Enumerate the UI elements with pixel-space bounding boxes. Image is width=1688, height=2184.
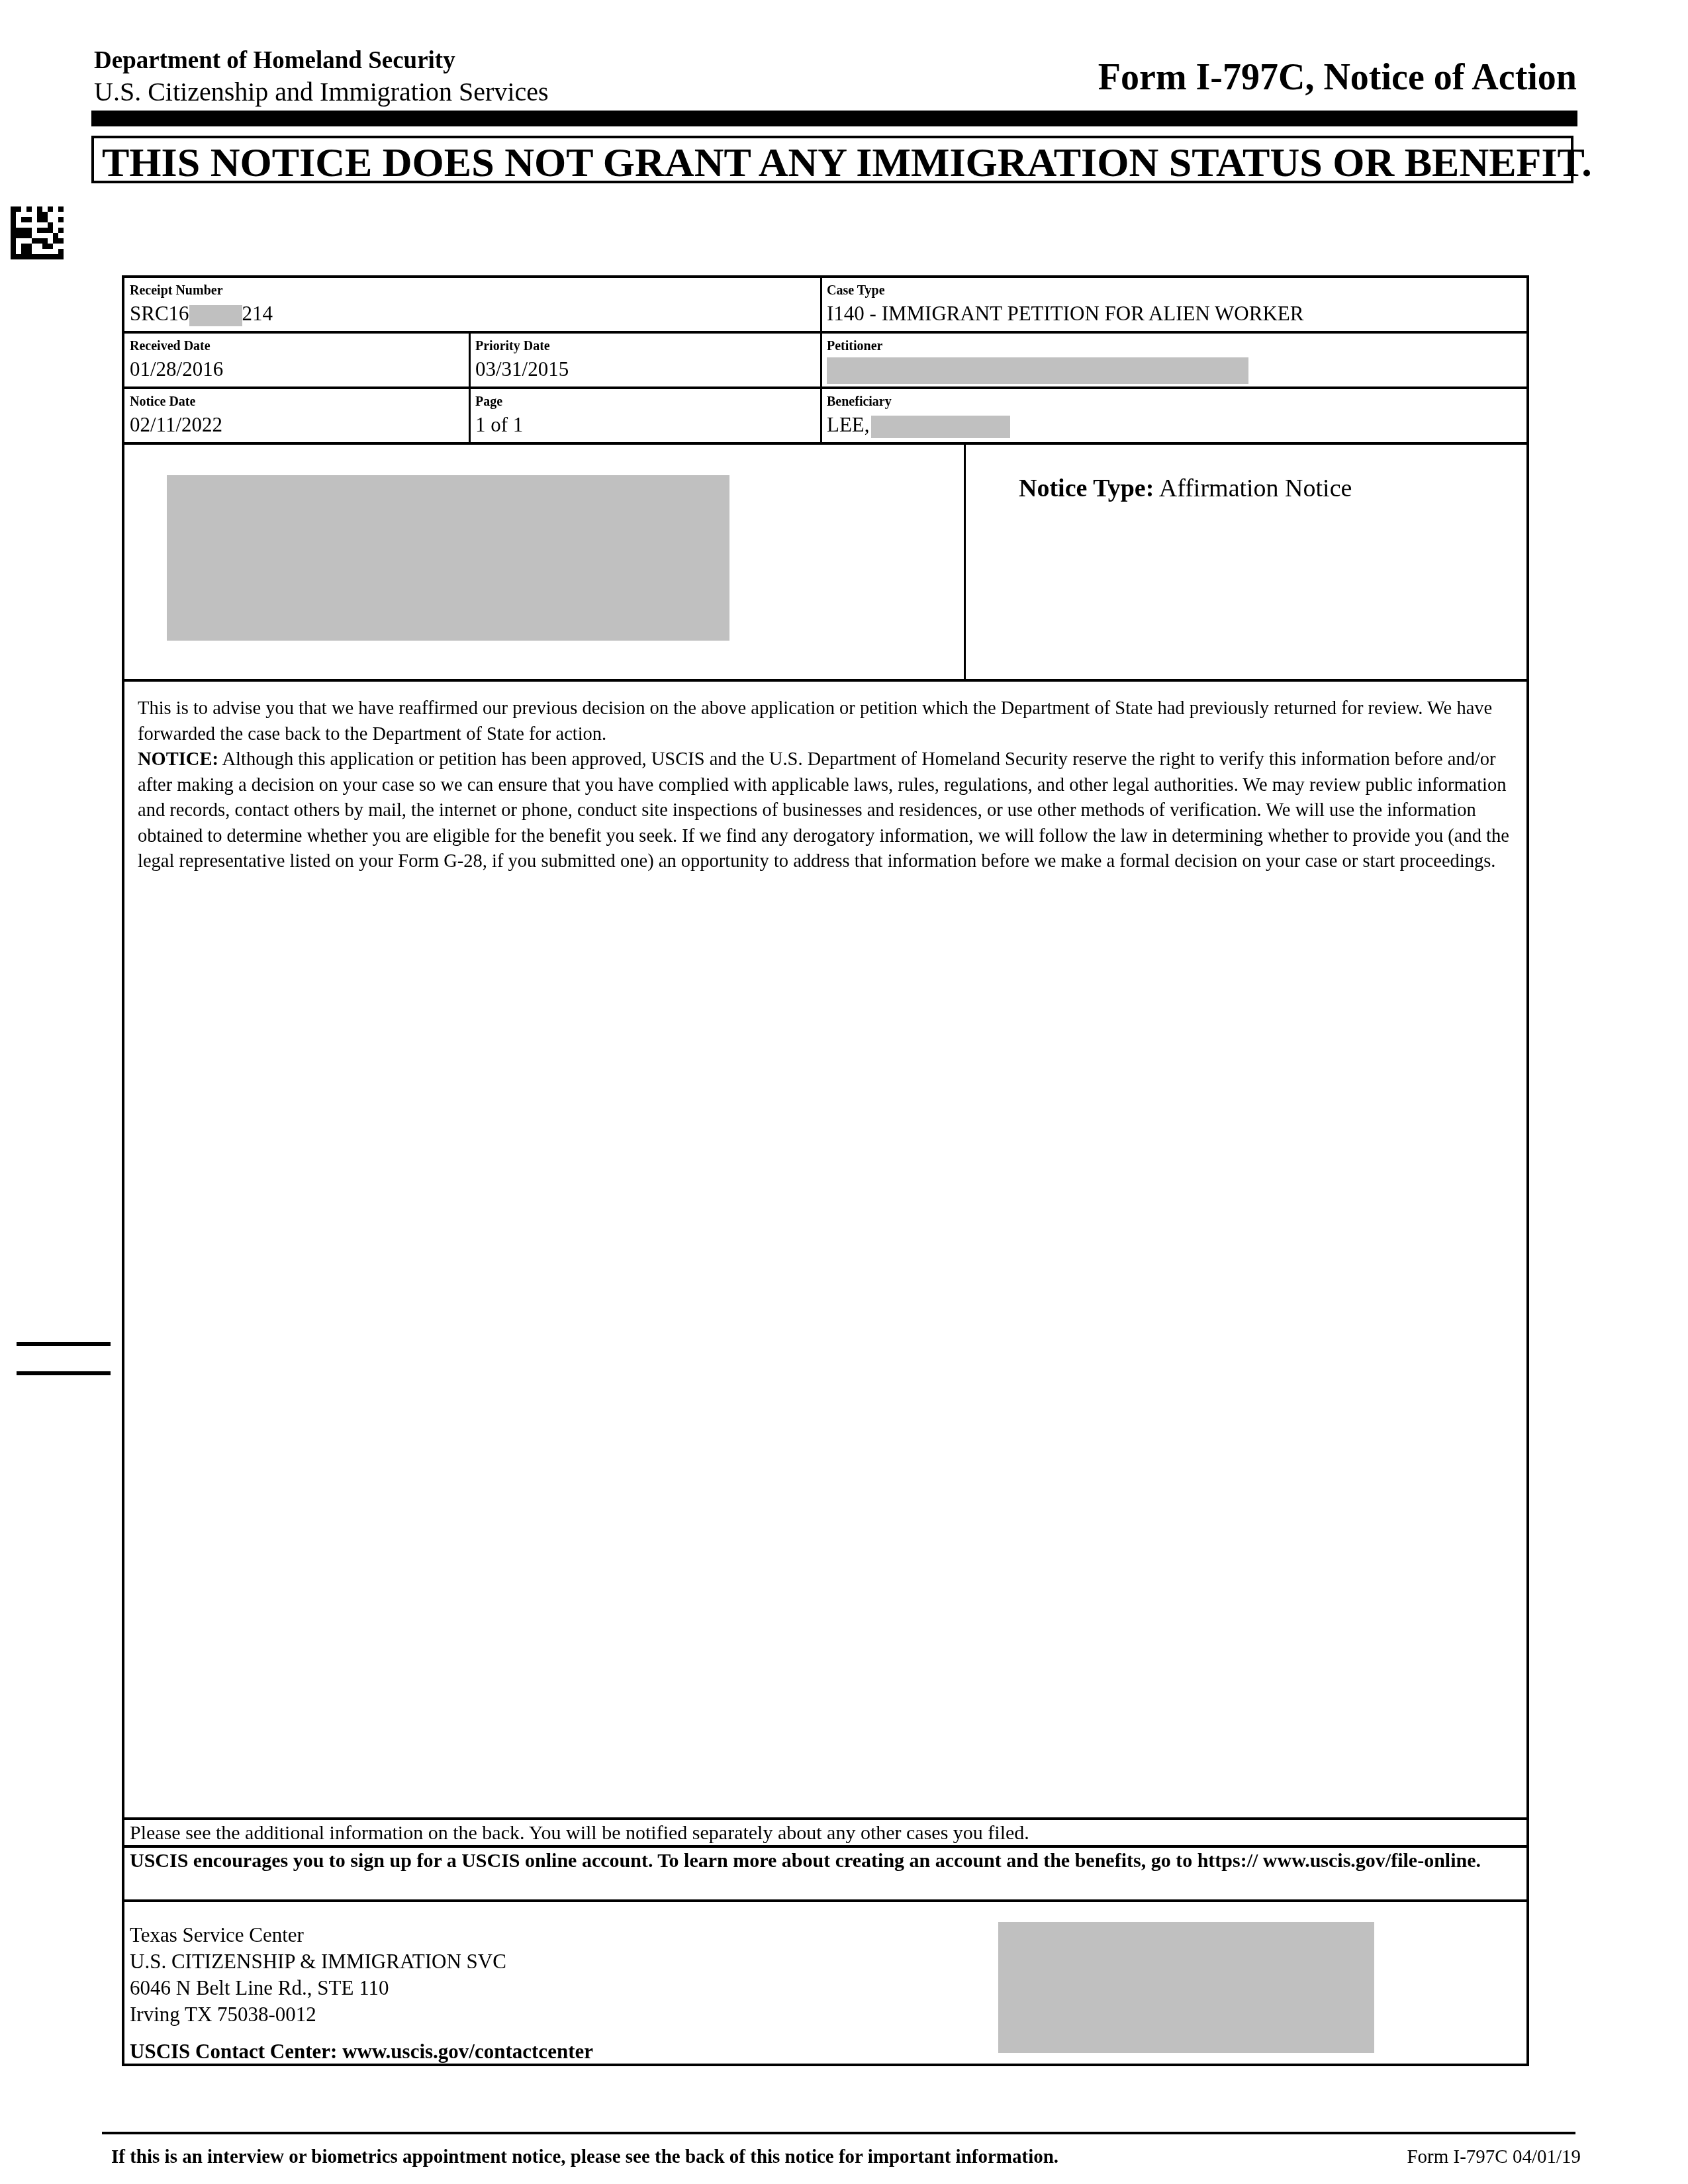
banner-text: THIS NOTICE DOES NOT GRANT ANY IMMIGRATI… — [102, 142, 1592, 183]
received-date-cell: Received Date 01/28/2016 — [124, 334, 470, 388]
service-center-line: 6046 N Belt Line Rd., STE 110 — [130, 1976, 389, 2000]
registration-mark — [17, 1371, 111, 1375]
see-back-text: Please see the additional information on… — [130, 1821, 1029, 1845]
page-value: 1 of 1 — [475, 413, 523, 437]
notice-date-cell: Notice Date 02/11/2022 — [124, 389, 470, 443]
return-address-redaction — [998, 1922, 1374, 2053]
online-account-text: USCIS encourages you to sign up for a US… — [130, 1848, 1521, 1874]
case-type-value: I140 - IMMIGRANT PETITION FOR ALIEN WORK… — [827, 302, 1303, 326]
priority-date-label: Priority Date — [475, 339, 550, 353]
notice-type-cell: Notice Type: Affirmation Notice — [966, 445, 1526, 680]
registration-mark — [17, 1342, 111, 1346]
form-version: Form I-797C 04/01/19 — [1407, 2146, 1581, 2168]
receipt-number-label: Receipt Number — [130, 283, 223, 298]
section-divider — [124, 679, 1526, 682]
petitioner-redaction — [827, 357, 1248, 384]
received-date-label: Received Date — [130, 339, 211, 353]
body-paragraph: NOTICE: Although this application or pet… — [138, 747, 1516, 875]
priority-date-value: 03/31/2015 — [475, 357, 569, 381]
received-date-value: 01/28/2016 — [130, 357, 223, 381]
receipt-number-cell: Receipt Number SRC16214 — [124, 278, 821, 332]
notice-date-label: Notice Date — [130, 394, 195, 409]
agency-name: Department of Homeland Security — [94, 46, 455, 75]
notice-type: Notice Type: Affirmation Notice — [1019, 474, 1352, 503]
datamatrix-barcode-icon — [11, 206, 64, 259]
redaction-block — [189, 305, 242, 326]
footer-note: If this is an interview or biometrics ap… — [111, 2146, 1058, 2168]
case-type-label: Case Type — [827, 283, 885, 298]
beneficiary-label: Beneficiary — [827, 394, 892, 409]
beneficiary-cell: Beneficiary LEE, — [821, 389, 1526, 443]
mailing-address-cell — [124, 445, 964, 680]
mailing-address-redaction — [167, 475, 729, 641]
receipt-number-value: SRC16214 — [130, 302, 273, 326]
service-center-cell: Texas Service Center U.S. CITIZENSHIP & … — [124, 1902, 1526, 2066]
online-account-cell: USCIS encourages you to sign up for a US… — [124, 1848, 1526, 1901]
petitioner-cell: Petitioner — [821, 334, 1526, 388]
contact-center-link[interactable]: USCIS Contact Center: www.uscis.gov/cont… — [130, 2040, 593, 2064]
page-cell: Page 1 of 1 — [470, 389, 821, 443]
see-back-cell: Please see the additional information on… — [124, 1820, 1526, 1846]
case-type-cell: Case Type I140 - IMMIGRANT PETITION FOR … — [821, 278, 1526, 332]
service-center-line: Irving TX 75038-0012 — [130, 2003, 316, 2026]
notice-date-value: 02/11/2022 — [130, 413, 222, 437]
notice-heading: NOTICE: — [138, 749, 218, 770]
beneficiary-value: LEE, — [827, 413, 1010, 438]
body-paragraph: This is to advise you that we have reaff… — [138, 696, 1516, 747]
page-label: Page — [475, 394, 502, 409]
petitioner-label: Petitioner — [827, 339, 882, 353]
subagency-name: U.S. Citizenship and Immigration Service… — [94, 77, 549, 107]
notice-form: Receipt Number SRC16214 Case Type I140 -… — [122, 275, 1529, 2066]
column-divider — [469, 332, 471, 443]
form-title: Form I-797C, Notice of Action — [1098, 56, 1577, 99]
priority-date-cell: Priority Date 03/31/2015 — [470, 334, 821, 388]
redaction-block — [871, 416, 1010, 438]
service-center-line: U.S. CITIZENSHIP & IMMIGRATION SVC — [130, 1950, 506, 1974]
status-disclaimer-banner: THIS NOTICE DOES NOT GRANT ANY IMMIGRATI… — [91, 136, 1573, 183]
column-divider — [820, 278, 822, 443]
service-center-name: Texas Service Center — [130, 1923, 304, 1947]
footer-rule — [102, 2132, 1575, 2134]
header-rule — [91, 111, 1577, 126]
notice-body: This is to advise you that we have reaff… — [138, 696, 1516, 875]
